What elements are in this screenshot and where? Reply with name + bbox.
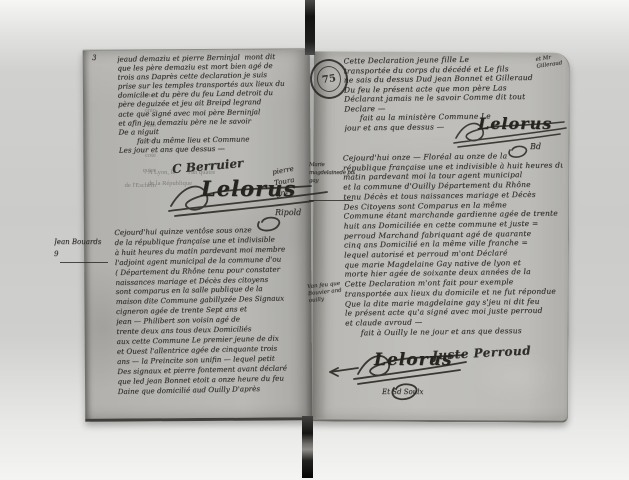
right-bottom-signature: Lelorus [328, 348, 468, 400]
left-margin-act-label: Jean Bouards9 [54, 236, 118, 260]
left-signature-sub: Ripold [275, 208, 301, 217]
right-top-signature-sub: Bd [530, 142, 541, 151]
binding-clamp-top [305, 0, 315, 55]
right-top-signature-flourish-text: Lelorus [478, 114, 552, 133]
register-scan: 3 nctesoniomoes ycotéquierde l'Escheln A… [0, 0, 629, 480]
margin-underline [60, 262, 108, 263]
right-margin-insertion-note: Van feu queBouvier andouilly [307, 280, 349, 305]
page-number: 3 [92, 54, 96, 62]
margin-underline [309, 200, 353, 201]
stamp-value: 75 [321, 73, 336, 86]
binding-clamp-bottom [302, 416, 313, 478]
left-entry-closing-text: jeaud demaziu et pierre Berninjal mont d… [117, 51, 309, 154]
left-signature-flourish-text: Lelorus [201, 176, 296, 201]
right-top-signature: Lelorus Bd [452, 116, 570, 158]
left-signature: Lelorus Ripold [163, 176, 335, 234]
right-bottom-signature-flourish-text: Lelorus [374, 350, 452, 370]
right-act-body-text: Cejourd'hui onze — Floréal au onze de la… [343, 150, 566, 337]
left-act-body-text: Cejourd'hui quinze ventôse sous onzede l… [114, 224, 309, 396]
